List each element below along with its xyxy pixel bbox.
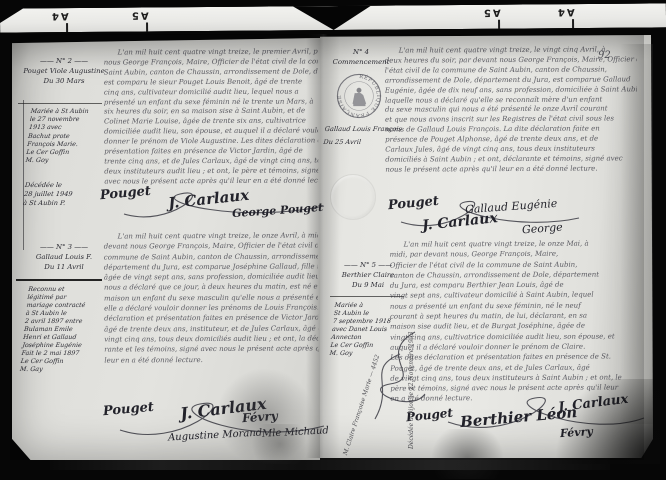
margin-note-line: à St Aubin P.	[23, 199, 72, 208]
entry2-act-text: L'an mil huit cent quatre vingt treize, …	[104, 47, 319, 187]
margin-binding-line	[23, 100, 24, 250]
entry3-act-text: L'an mil huit cent quatre vingt treize, …	[104, 230, 319, 365]
margin-note-line: Henri et Gallaud	[23, 334, 83, 342]
margin-divider-thick	[16, 279, 102, 281]
margin-header-line: Du 11 Avril	[22, 262, 106, 272]
act-text-line: leur en a été donné lecture.	[104, 354, 318, 365]
margin-note-line: Joséphine Eugénie	[22, 342, 82, 350]
entry3-margin-note: Reconnu etlégitimé parmariage contractéà…	[19, 286, 88, 374]
act-text-line: nous le présent acte après qu'il leur en…	[385, 164, 637, 175]
margin-note-line: St Aubin le	[333, 310, 392, 318]
margin-note-line: à St Aubin le	[25, 310, 85, 318]
margin-note-line: mariage contracté	[26, 302, 86, 310]
entry4-act-text: L'an mil huit cent quatre vingt treize, …	[385, 45, 638, 175]
margin-header-line: Du 30 Mars	[22, 76, 106, 86]
film-marker-a5-left: A5	[130, 9, 149, 20]
margin-header-line: Pouget Viole Augustine	[22, 66, 106, 76]
margin-note-line: Fait le 2 mai 1897	[21, 350, 81, 358]
film-marker-tick	[146, 22, 148, 31]
act-text-line: est comparu le sieur Pouget Louis Benoit…	[104, 77, 318, 88]
margin-note-line: 1913 avec	[28, 124, 87, 132]
film-marker-tick	[572, 19, 574, 28]
act-text-line: Eugénie, âgée de dix neuf ans, sans prof…	[385, 85, 637, 96]
film-marker-tick	[66, 23, 68, 32]
margin-note-line: M. Goy	[25, 157, 84, 165]
margin-divider	[18, 103, 102, 104]
margin-note-line: François Marie.	[27, 141, 86, 149]
signature-flourish	[120, 184, 330, 230]
signature-flourish	[110, 396, 330, 454]
act-text-line: cinq ans, cultivateur domicilié audit li…	[104, 87, 318, 98]
margin-note-line: Mariée à	[334, 302, 393, 310]
margin-note-line: Le Cer Goffin	[26, 149, 85, 157]
film-header-strip: A4 A5 A5 A4	[0, 3, 666, 32]
embossed-seal	[330, 174, 376, 220]
margin-note-line: le 27 novembre	[29, 116, 88, 124]
margin-note-line: légitimé par	[27, 294, 87, 302]
act-text-line: noms de Gallaud Louis François. La dite …	[385, 125, 637, 136]
margin-note-line: Mariée à St Aubin	[30, 108, 89, 116]
microfilm-frame: A4 A5 A5 A4 —— N° 2 ——Pouget Viole Augus…	[0, 0, 666, 480]
margin-note-line: Le Cer Goffin	[20, 358, 80, 366]
margin-note-line: Bachut prote	[28, 133, 87, 141]
margin-note-line: 28 juillet 1949	[24, 190, 73, 199]
film-marker-a4-right: A4	[556, 6, 575, 17]
signature-flourish	[395, 194, 585, 238]
signature-flourish	[440, 392, 650, 448]
act-text-line: déclaration et présentation faites en pr…	[104, 313, 318, 324]
margin-note-line: 2 avril 1897 entre	[24, 318, 84, 326]
film-marker-a4-left: A4	[50, 10, 69, 21]
margin-header-line: Gallaud Louis F.	[22, 252, 106, 262]
film-marker-tick	[498, 20, 500, 29]
margin-header-line: —— N° 2 ——	[22, 56, 106, 66]
margin-note-line: Reconnu et	[28, 286, 88, 294]
republique-francaise-stamp: RÉPUBLIQUE FRANÇAISE	[336, 73, 382, 119]
entry3-margin-header: —— N° 3 ——Gallaud Louis F.Du 11 Avril	[22, 242, 106, 272]
act-text-line: devant nous George François, Maire, Offi…	[104, 241, 318, 252]
entry2-margin-note: Mariée à St Aubinle 27 novembre1913 avec…	[25, 108, 89, 165]
film-center-notch	[293, 6, 371, 31]
film-marker-a5-right: A5	[482, 7, 501, 18]
margin-header-line: —— N° 3 ——	[22, 242, 106, 252]
margin-note-line: M. Gay	[19, 366, 79, 374]
act-text-line: domiciliés à Saint Aubin ; et ont, décla…	[385, 154, 637, 165]
margin-note-line: Décédée le	[24, 181, 73, 190]
register-spread: —— N° 2 ——Pouget Viole AugustineDu 30 Ma…	[10, 34, 644, 460]
margin-note-line: Bulaman Emile	[24, 326, 84, 334]
act-text-line: rante et les témoins, signé avec nous le…	[104, 344, 318, 355]
entry2-margin-note-deces: Décédée le28 juillet 1949à St Aubin P.	[23, 181, 74, 208]
entry2-margin-header: —— N° 2 ——Pouget Viole AugustineDu 30 Ma…	[22, 56, 106, 86]
